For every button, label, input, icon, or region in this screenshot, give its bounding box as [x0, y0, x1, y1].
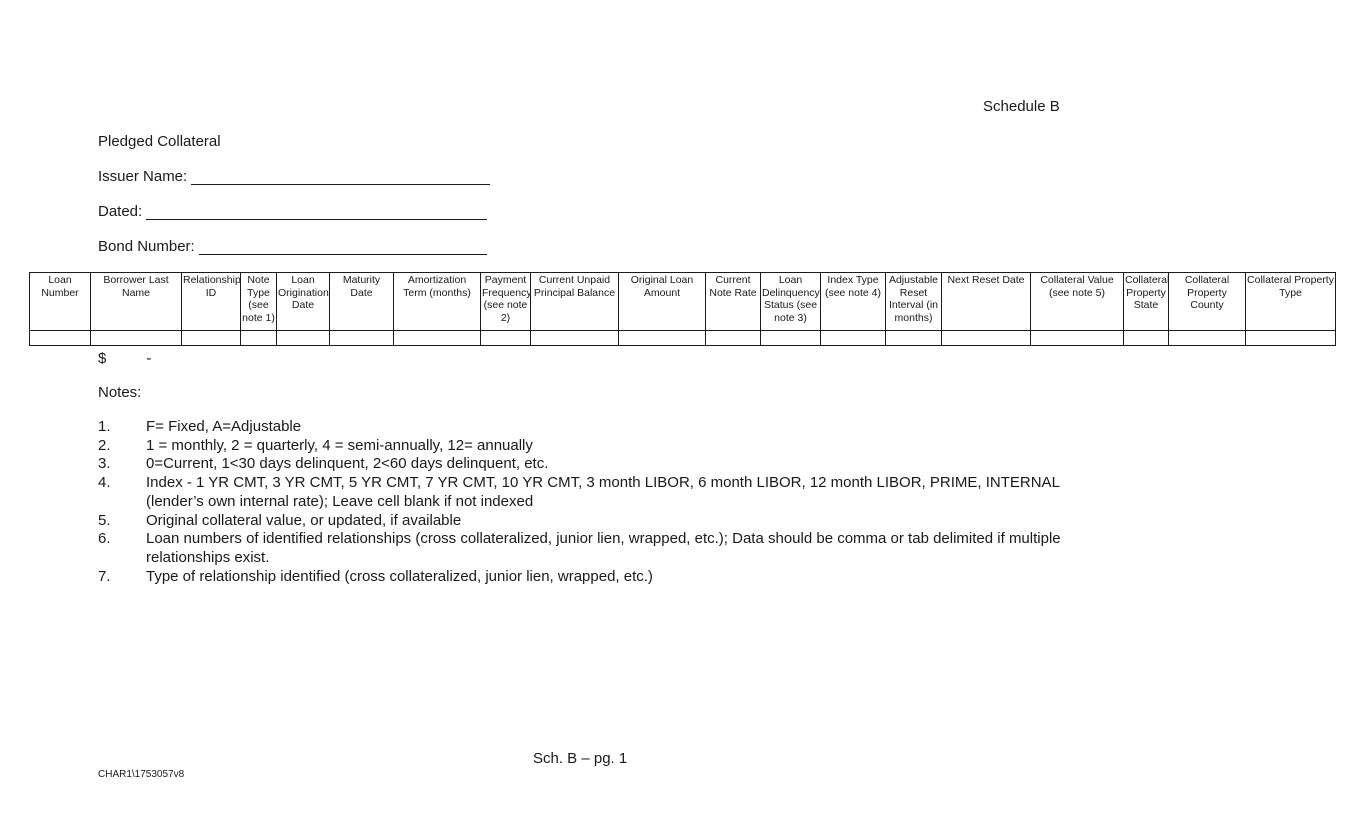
- note-item: 3.0=Current, 1<30 days delinquent, 2<60 …: [98, 455, 1078, 474]
- note-text: Index - 1 YR CMT, 3 YR CMT, 5 YR CMT, 7 …: [146, 474, 1078, 511]
- note-number: 6.: [98, 530, 146, 567]
- note-item: 7.Type of relationship identified (cross…: [98, 568, 1078, 587]
- table-header-row: Loan NumberBorrower Last NameRelationshi…: [30, 273, 1336, 331]
- table-cell[interactable]: [91, 331, 182, 346]
- column-header: Collateral Property County: [1169, 273, 1246, 331]
- schedule-title: Schedule B: [983, 98, 1060, 115]
- note-number: 4.: [98, 474, 146, 511]
- note-text: 1 = monthly, 2 = quarterly, 4 = semi-ann…: [146, 437, 1078, 456]
- table-cell[interactable]: [531, 331, 619, 346]
- table-cell[interactable]: [277, 331, 330, 346]
- column-header: Note Type (see note 1): [241, 273, 277, 331]
- table-cell[interactable]: [1169, 331, 1246, 346]
- document-title: Pledged Collateral: [98, 133, 221, 150]
- pledged-collateral-table: Loan NumberBorrower Last NameRelationshi…: [29, 272, 1336, 346]
- notes-heading: Notes:: [98, 384, 141, 401]
- table-cell[interactable]: [394, 331, 481, 346]
- bond-number-blank[interactable]: [199, 240, 487, 255]
- column-header: Relationship ID: [182, 273, 241, 331]
- note-text: Type of relationship identified (cross c…: [146, 568, 1078, 587]
- note-number: 2.: [98, 437, 146, 456]
- column-header: Loan Origination Date: [277, 273, 330, 331]
- column-header: Collateral Value (see note 5): [1031, 273, 1124, 331]
- total-currency: $: [98, 350, 106, 367]
- total-value: -: [146, 350, 151, 367]
- note-item: 4.Index - 1 YR CMT, 3 YR CMT, 5 YR CMT, …: [98, 474, 1078, 511]
- table-cell[interactable]: [706, 331, 761, 346]
- column-header: Next Reset Date: [942, 273, 1031, 331]
- column-header: Current Unpaid Principal Balance: [531, 273, 619, 331]
- dated-label: Dated:: [98, 203, 142, 220]
- dated-field: Dated:: [98, 203, 487, 220]
- note-item: 1.F= Fixed, A=Adjustable: [98, 418, 1078, 437]
- column-header: Collateral Property State: [1124, 273, 1169, 331]
- column-header: Amortization Term (months): [394, 273, 481, 331]
- table-cell[interactable]: [942, 331, 1031, 346]
- page-number: Sch. B – pg. 1: [533, 750, 627, 767]
- table-cell[interactable]: [821, 331, 886, 346]
- column-header: Loan Number: [30, 273, 91, 331]
- column-header: Current Note Rate: [706, 273, 761, 331]
- issuer-name-field: Issuer Name:: [98, 168, 490, 185]
- table-cell[interactable]: [182, 331, 241, 346]
- dated-blank[interactable]: [146, 205, 487, 220]
- table-cell[interactable]: [1246, 331, 1336, 346]
- note-number: 1.: [98, 418, 146, 437]
- column-header: Payment Frequency (see note 2): [481, 273, 531, 331]
- column-header: Original Loan Amount: [619, 273, 706, 331]
- note-text: Original collateral value, or updated, i…: [146, 512, 1078, 531]
- issuer-name-blank[interactable]: [191, 170, 490, 185]
- note-number: 3.: [98, 455, 146, 474]
- note-item: 2.1 = monthly, 2 = quarterly, 4 = semi-a…: [98, 437, 1078, 456]
- note-item: 6.Loan numbers of identified relationshi…: [98, 530, 1078, 567]
- table-cell[interactable]: [886, 331, 942, 346]
- note-text: F= Fixed, A=Adjustable: [146, 418, 1078, 437]
- column-header: Loan Delinquency Status (see note 3): [761, 273, 821, 331]
- notes-list: 1.F= Fixed, A=Adjustable2.1 = monthly, 2…: [98, 418, 1078, 586]
- table-cell[interactable]: [761, 331, 821, 346]
- total-row: $ -: [98, 350, 151, 367]
- table-cell[interactable]: [30, 331, 91, 346]
- issuer-name-label: Issuer Name:: [98, 168, 187, 185]
- bond-number-field: Bond Number:: [98, 238, 487, 255]
- note-text: 0=Current, 1<30 days delinquent, 2<60 da…: [146, 455, 1078, 474]
- note-item: 5.Original collateral value, or updated,…: [98, 512, 1078, 531]
- bond-number-label: Bond Number:: [98, 238, 195, 255]
- table-cell[interactable]: [330, 331, 394, 346]
- table-cell[interactable]: [1124, 331, 1169, 346]
- note-number: 7.: [98, 568, 146, 587]
- table-cell[interactable]: [241, 331, 277, 346]
- document-id: CHAR1\1753057v8: [98, 769, 184, 780]
- column-header: Borrower Last Name: [91, 273, 182, 331]
- column-header: Index Type (see note 4): [821, 273, 886, 331]
- table-cell[interactable]: [619, 331, 706, 346]
- table-row: [30, 331, 1336, 346]
- note-text: Loan numbers of identified relationships…: [146, 530, 1078, 567]
- column-header: Maturity Date: [330, 273, 394, 331]
- column-header: Collateral Property Type: [1246, 273, 1336, 331]
- table-cell[interactable]: [1031, 331, 1124, 346]
- column-header: Adjustable Reset Interval (in months): [886, 273, 942, 331]
- note-number: 5.: [98, 512, 146, 531]
- table-cell[interactable]: [481, 331, 531, 346]
